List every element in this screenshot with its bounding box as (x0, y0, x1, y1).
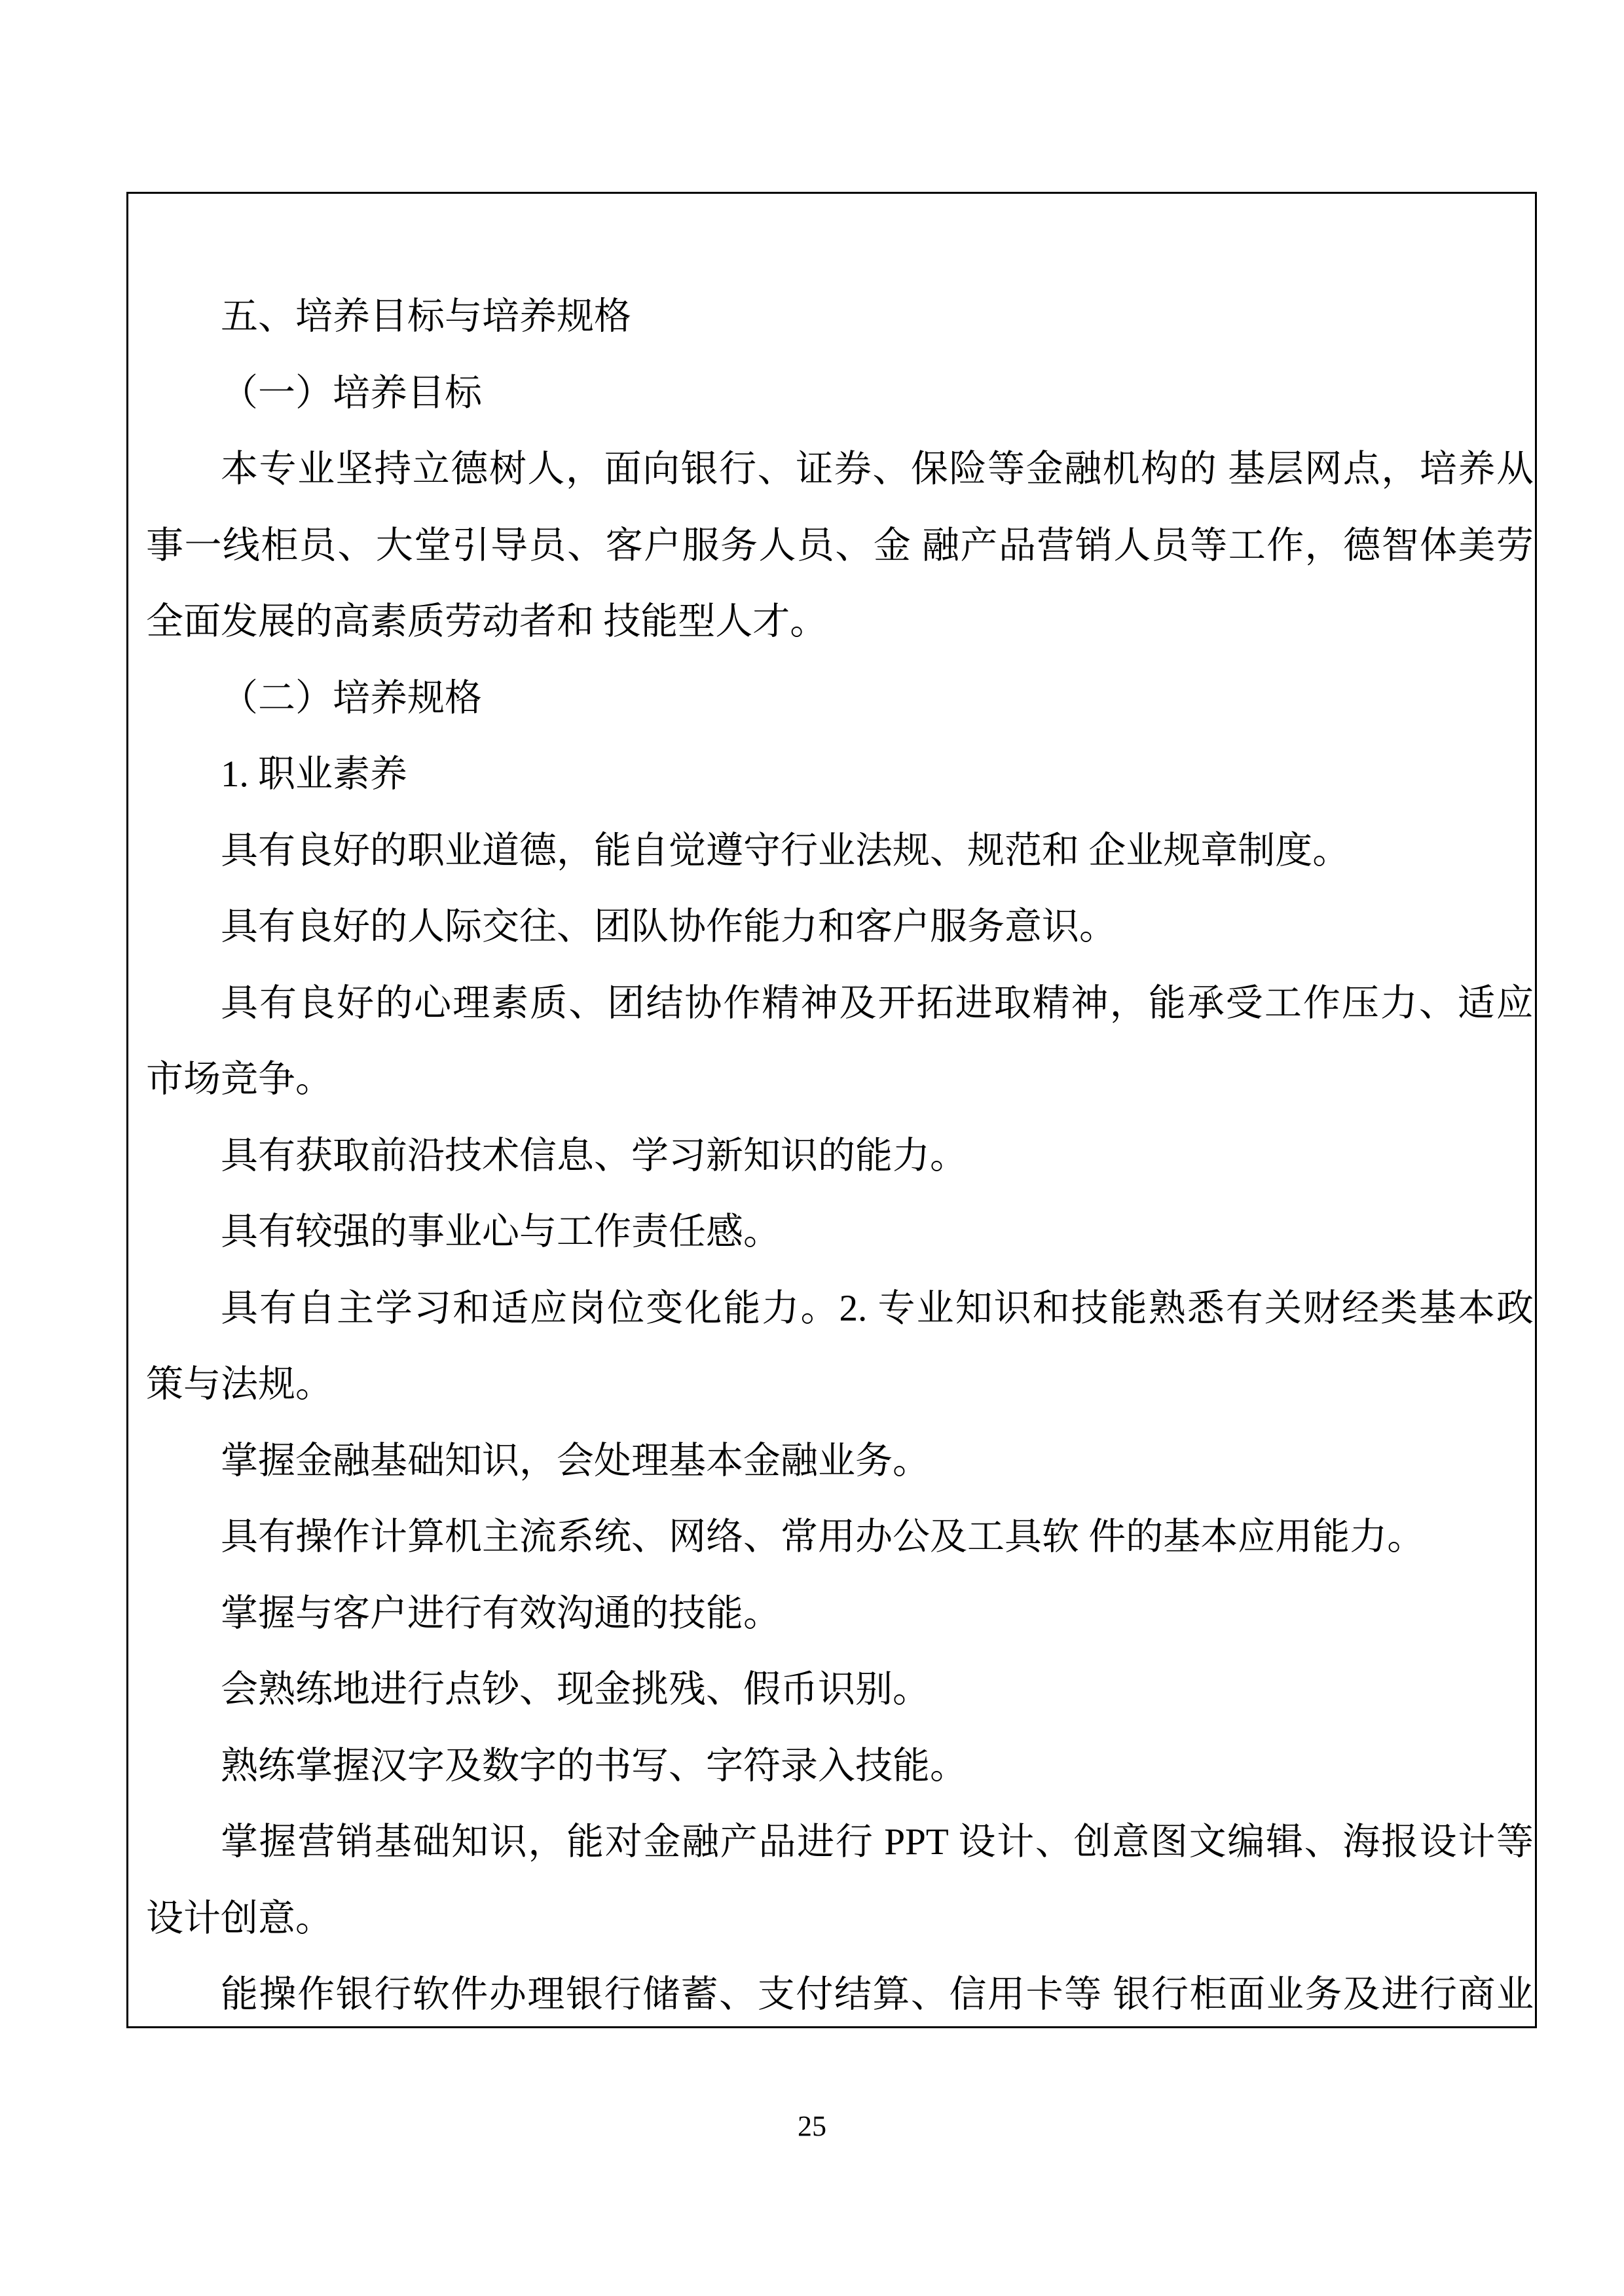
document-page: 五、培养目标与培养规格（一）培养目标本专业坚持立德树人，面向银行、证券、保险等金… (0, 0, 1624, 2296)
text-line: 具有良好的心理素质、团结协作精神及开拓进取精神，能承受工作压力、适应 (146, 966, 1534, 1042)
text-line: 1. 职业素养 (146, 737, 1534, 813)
text-line: 设计创意。 (146, 1881, 1534, 1958)
text-line: 具有获取前沿技术信息、学习新知识的能力。 (146, 1118, 1534, 1195)
text-line: 掌握与客户进行有效沟通的技能。 (146, 1576, 1534, 1652)
text-line: 具有自主学习和适应岗位变化能力。2. 专业知识和技能熟悉有关财经类基本政 (146, 1271, 1534, 1347)
text-line: （一）培养目标 (146, 355, 1534, 432)
text-line: 掌握金融基础知识，会处理基本金融业务。 (146, 1423, 1534, 1500)
text-line: 具有良好的人际交往、团队协作能力和客户服务意识。 (146, 889, 1534, 966)
text-line: 会熟练地进行点钞、现金挑残、假币识别。 (146, 1652, 1534, 1728)
text-line: 事一线柜员、大堂引导员、客户服务人员、金 融产品营销人员等工作，德智体美劳 (146, 508, 1534, 585)
text-line: 具有操作计算机主流系统、网络、常用办公及工具软 件的基本应用能力。 (146, 1499, 1534, 1576)
text-line: 策与法规。 (146, 1347, 1534, 1423)
text-line: （二）培养规格 (146, 661, 1534, 737)
text-line: 本专业坚持立德树人，面向银行、证券、保险等金融机构的 基层网点，培养从 (146, 431, 1534, 508)
text-line: 能操作银行软件办理银行储蓄、支付结算、信用卡等 银行柜面业务及进行商业 (146, 1957, 1534, 2028)
text-line: 掌握营销基础知识，能对金融产品进行 PPT 设计、创意图文编辑、海报设计等 (146, 1804, 1534, 1881)
text-line: 具有良好的职业道德，能自觉遵守行业法规、规范和 企业规章制度。 (146, 813, 1534, 890)
text-line: 熟练掌握汉字及数字的书写、字符录入技能。 (146, 1728, 1534, 1805)
document-body: 五、培养目标与培养规格（一）培养目标本专业坚持立德树人，面向银行、证券、保险等金… (146, 279, 1534, 2028)
text-line: 具有较强的事业心与工作责任感。 (146, 1194, 1534, 1271)
page-number: 25 (0, 2107, 1624, 2146)
text-line: 五、培养目标与培养规格 (146, 279, 1534, 355)
text-line: 市场竞争。 (146, 1042, 1534, 1118)
text-line: 全面发展的高素质劳动者和 技能型人才。 (146, 584, 1534, 661)
document-table-cell: 五、培养目标与培养规格（一）培养目标本专业坚持立德树人，面向银行、证券、保险等金… (126, 192, 1537, 2028)
